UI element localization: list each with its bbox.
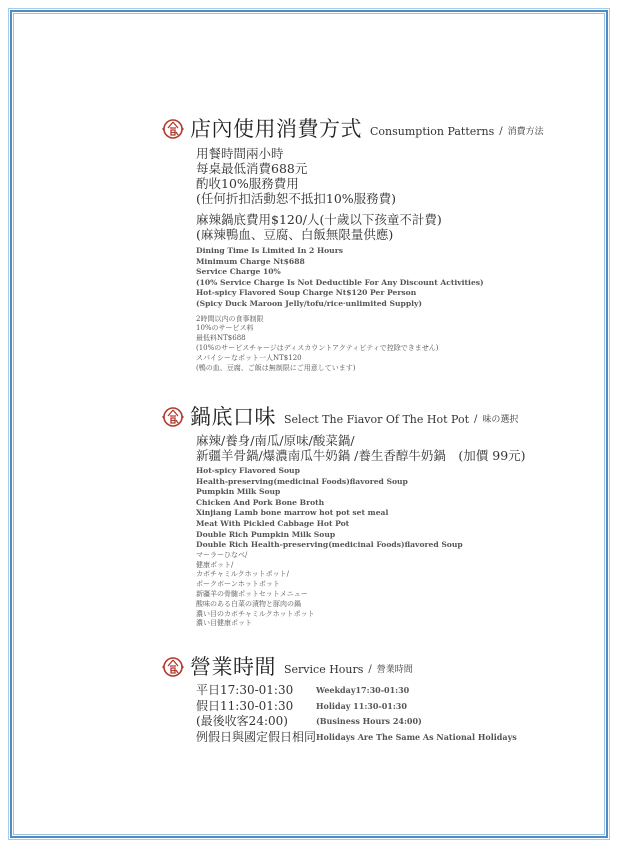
en-line: Hot-spicy Flavored Soup Charge Nt$120 Pe… xyxy=(196,288,580,299)
separator: / xyxy=(499,122,502,142)
ja-line: マーラーひなべ/ xyxy=(196,551,580,561)
hours-en: Weekday17:30-01:30 xyxy=(316,683,409,699)
en-line: Hot-spicy Flavored Soup xyxy=(196,466,580,477)
ja-line: 濃い目健康ポット xyxy=(196,619,580,629)
zh-line: 每桌最低消費688元 xyxy=(196,161,580,176)
hours-zh: 例假日與國定假日相同 xyxy=(196,730,316,746)
hours-zh: 平日17:30-01:30 xyxy=(196,683,316,699)
ja-line: 濃い目のカボチャミルクホットポット xyxy=(196,610,580,620)
en-line: (Spicy Duck Maroon Jelly/tofu/rice‧unlim… xyxy=(196,299,580,310)
ja-line: 10%のサービス料 xyxy=(196,324,580,334)
zh-line: (任何折扣活動恕不抵扣10%服務費) xyxy=(196,191,580,206)
ja-line: 健康ポット/ xyxy=(196,561,580,571)
ja-line: 新疆羊の骨髄ポットセットメニュー xyxy=(196,590,580,600)
section-title-ja: 消費方法 xyxy=(508,122,544,142)
food-seal-icon xyxy=(160,654,186,680)
food-seal-icon xyxy=(160,404,186,430)
section-header: 鍋底口味 Select The Fiavor Of The Hot Pot / … xyxy=(160,400,580,430)
hours-row: 例假日與國定假日相同 Holidays Are The Same As Nati… xyxy=(196,730,580,746)
ja-line: 酸味のある白菜の漬物と豚肉の鍋 xyxy=(196,600,580,610)
hours-zh: 假日11:30-01:30 xyxy=(196,699,316,715)
food-seal-icon xyxy=(160,116,186,142)
section-title-ja: 味の選択 xyxy=(482,410,518,430)
en-line: Dining Time Is Limited In 2 Hours xyxy=(196,246,580,257)
ja-line: スパイシーなポット一人NT$120 xyxy=(196,354,580,364)
zh-line: 麻辣/養身/南瓜/原味/酸菜鍋/ xyxy=(196,433,580,448)
en-line: Meat With Pickled Cabbage Hot Pot xyxy=(196,519,580,530)
ja-line: 最低料NT$688 xyxy=(196,334,580,344)
en-line: Xinjiang Lamb bone marrow hot pot set me… xyxy=(196,508,580,519)
hours-en: (Business Hours 24:00) xyxy=(316,714,422,730)
zh-line: 酌收10%服務費用 xyxy=(196,176,580,191)
hours-row: (最後收客24:00) (Business Hours 24:00) xyxy=(196,714,580,730)
section-title-en: Select The Fiavor Of The Hot Pot xyxy=(284,410,469,430)
zh-line: 新疆羊骨鍋/爆濃南瓜牛奶鍋 /養生香醇牛奶鍋 (加價 99元) xyxy=(196,448,580,463)
zh-line: 麻辣鍋底費用$120/人(十歲以下孩童不計費) xyxy=(196,212,580,227)
en-line: Chicken And Pork Bone Broth xyxy=(196,498,580,509)
ja-line: (10%のサービスチャージはディスカウントアクティビティで控除できません) xyxy=(196,344,580,354)
section-title-ja: 營業時間 xyxy=(377,660,413,680)
separator: / xyxy=(368,660,371,680)
hours-zh: (最後收客24:00) xyxy=(196,714,316,730)
hours-row: 假日11:30-01:30 Holiday 11:30-01:30 xyxy=(196,699,580,715)
hours-en: Holidays Are The Same As National Holida… xyxy=(316,730,517,746)
hours-section: 營業時間 Service Hours / 營業時間 平日17:30-01:30 … xyxy=(160,650,580,745)
ja-line: ポークボーンホットポット xyxy=(196,580,580,590)
separator: / xyxy=(474,410,477,430)
en-line: Minimum Charge Nt$688 xyxy=(196,257,580,268)
en-line: Health-preserving(medicinal Foods)flavor… xyxy=(196,477,580,488)
en-line: Pumpkin Milk Soup xyxy=(196,487,580,498)
consumption-section: 店內使用消費方式 Consumption Patterns / 消費方法 用餐時… xyxy=(160,112,580,373)
ja-line: カボチャミルクホットポット/ xyxy=(196,570,580,580)
section-title: 店內使用消費方式 xyxy=(190,116,362,142)
section-header: 營業時間 Service Hours / 營業時間 xyxy=(160,650,580,680)
section-title-en: Service Hours xyxy=(284,660,363,680)
flavor-section: 鍋底口味 Select The Fiavor Of The Hot Pot / … xyxy=(160,400,580,629)
en-line: Double Rich Health-preserving(medicinal … xyxy=(196,540,580,551)
en-line: Service Charge 10% xyxy=(196,267,580,278)
section-header: 店內使用消費方式 Consumption Patterns / 消費方法 xyxy=(160,112,580,142)
ja-line: (鴨の血、豆腐、ご飯は無制限にご用意しています) xyxy=(196,364,580,374)
hours-row: 平日17:30-01:30 Weekday17:30-01:30 xyxy=(196,683,580,699)
section-title: 營業時間 xyxy=(190,654,276,680)
zh-line: (麻辣鴨血、豆腐、白飯無限量供應) xyxy=(196,227,580,242)
zh-line: 用餐時間兩小時 xyxy=(196,146,580,161)
hours-en: Holiday 11:30-01:30 xyxy=(316,699,407,715)
section-title-en: Consumption Patterns xyxy=(370,122,494,142)
en-line: Double Rich Pumpkin Milk Soup xyxy=(196,530,580,541)
en-line: (10% Service Charge Is Not Deductible Fo… xyxy=(196,278,580,289)
section-title: 鍋底口味 xyxy=(190,404,276,430)
ja-line: 2時間以内の食事制限 xyxy=(196,315,580,325)
